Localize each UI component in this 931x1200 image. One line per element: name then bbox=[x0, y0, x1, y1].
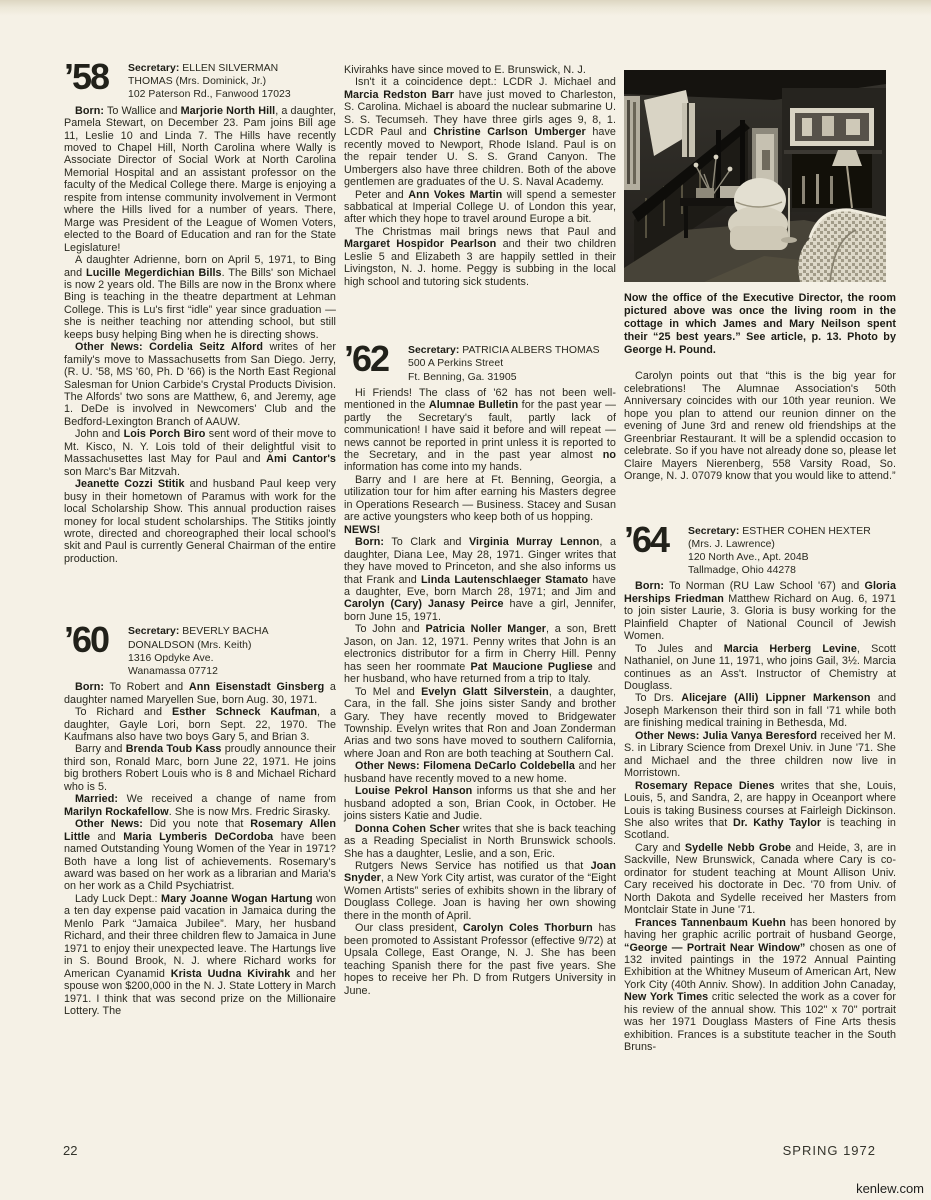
text: Isn't it a coincidence dept.: LCDR J. Mi… bbox=[355, 76, 616, 88]
text: Ft. Benning, Ga. 31905 bbox=[408, 372, 517, 383]
class-62-header: ’62 Secretary: PATRICIA ALBERS THOMAS500… bbox=[344, 342, 616, 384]
bold-text: no bbox=[603, 449, 616, 461]
bold-text: Donna Cohen Scher bbox=[355, 823, 460, 835]
text: John and bbox=[75, 428, 124, 440]
bold-text: Krista Uudna Kivirahk bbox=[171, 968, 291, 980]
paragraph: Married: We received a change of name fr… bbox=[64, 793, 336, 818]
bold-text: Secretary: bbox=[408, 345, 462, 356]
text: To Richard and bbox=[75, 706, 172, 718]
class-64-secretary-block: Secretary: ESTHER COHEN HEXTER(Mrs. J. L… bbox=[688, 523, 896, 578]
bold-text: Married: bbox=[75, 793, 118, 805]
text: To Drs. bbox=[635, 692, 681, 704]
text: and bbox=[90, 831, 123, 843]
paragraph: Carolyn points out that “this is the big… bbox=[624, 370, 896, 482]
paragraph: To Mel and Evelyn Glatt Silverstein, a d… bbox=[344, 686, 616, 761]
paragraph: Cary and Sydelle Nebb Grobe and Heide, 3… bbox=[624, 842, 896, 917]
paragraph: Born: To Norman (RU Law School '67) and … bbox=[624, 580, 896, 642]
text: son Marc's Bar Mitzvah. bbox=[64, 466, 180, 478]
class-62-secretary-block: Secretary: PATRICIA ALBERS THOMAS500 A P… bbox=[408, 342, 616, 384]
paragraph: Rutgers News Service has notified us tha… bbox=[344, 860, 616, 922]
bold-text: Sydelle Nebb Grobe bbox=[685, 842, 791, 854]
text: Barry and I are here at Ft. Benning, Geo… bbox=[344, 474, 616, 523]
text: DONALDSON (Mrs. Keith) bbox=[128, 640, 252, 651]
secretary-line: Ft. Benning, Ga. 31905 bbox=[408, 371, 616, 384]
paragraph: Barry and I are here at Ft. Benning, Geo… bbox=[344, 474, 616, 524]
paragraph: Other News: Did you note that Rosemary A… bbox=[64, 818, 336, 893]
text: ELLEN SILVERMAN bbox=[182, 63, 278, 74]
text: To Wallice and bbox=[104, 105, 181, 117]
paragraph: Other News: Filomena DeCarlo Coldebella … bbox=[344, 760, 616, 785]
secretary-line: Secretary: BEVERLY BACHA bbox=[128, 625, 336, 638]
secretary-line: Secretary: ESTHER COHEN HEXTER bbox=[688, 525, 896, 538]
paragraph: Kivirahks have since moved to E. Brunswi… bbox=[344, 64, 616, 76]
text: To Mel and bbox=[355, 686, 421, 698]
secretary-line: Secretary: PATRICIA ALBERS THOMAS bbox=[408, 344, 616, 357]
watermark: kenlew.com bbox=[856, 1181, 924, 1196]
text: and husband Paul keep very busy in their… bbox=[64, 478, 336, 565]
bold-text: Born: bbox=[75, 681, 104, 693]
living-room-photo-art bbox=[624, 70, 886, 282]
issue-label: SPRING 1972 bbox=[783, 1143, 876, 1158]
text: 102 Paterson Rd., Fanwood 17023 bbox=[128, 89, 291, 100]
bold-text: Frances Tannenbaum Kuehn bbox=[635, 917, 786, 929]
paragraph: John and Lois Porch Biro sent word of th… bbox=[64, 428, 336, 478]
bold-text: Marjorie North Hill bbox=[181, 105, 276, 117]
paragraph: Born: To Wallice and Marjorie North Hill… bbox=[64, 105, 336, 254]
paragraph: A daughter Adrienne, born on April 5, 19… bbox=[64, 254, 336, 341]
column-3: Now the office of the Executive Director… bbox=[624, 70, 896, 1054]
text: To Clark and bbox=[384, 536, 469, 548]
living-room-photo bbox=[624, 70, 886, 282]
text: Did you note that bbox=[143, 818, 250, 830]
text: . She is now Mrs. Fredric Sirasky. bbox=[169, 806, 331, 818]
secretary-line: (Mrs. J. Lawrence) bbox=[688, 538, 896, 551]
text: BEVERLY BACHA bbox=[182, 626, 268, 637]
photo-caption: Now the office of the Executive Director… bbox=[624, 292, 896, 357]
bold-text: Marcia Herberg Levine bbox=[724, 643, 857, 655]
paragraph: Peter and Ann Vokes Martin will spend a … bbox=[344, 189, 616, 226]
bold-text: Other News: Filomena DeCarlo Coldebella bbox=[355, 760, 575, 772]
class-60-header: ’60 Secretary: BEVERLY BACHADONALDSON (M… bbox=[64, 623, 336, 678]
paragraph: To Richard and Esther Schneck Kaufman, a… bbox=[64, 706, 336, 743]
class-60-paragraphs: Born: To Robert and Ann Eisenstadt Ginsb… bbox=[64, 681, 336, 1017]
class-58-paragraphs: Born: To Wallice and Marjorie North Hill… bbox=[64, 105, 336, 566]
text: ESTHER COHEN HEXTER bbox=[742, 526, 871, 537]
paragraph: Jeanette Cozzi Stitik and husband Paul k… bbox=[64, 478, 336, 565]
class-58-secretary-block: Secretary: ELLEN SILVERMANTHOMAS (Mrs. D… bbox=[128, 60, 336, 102]
bold-text: Other News: Cordelia Seitz Alford bbox=[75, 341, 263, 353]
paragraph: Lady Luck Dept.: Mary Joanne Wogan Hartu… bbox=[64, 893, 336, 1018]
secretary-line: Secretary: ELLEN SILVERMAN bbox=[128, 62, 336, 75]
text: To John and bbox=[355, 623, 426, 635]
class-62-paragraphs: Hi Friends! The class of '62 has not bee… bbox=[344, 387, 616, 997]
text: Tallmadge, Ohio 44278 bbox=[688, 565, 796, 576]
text: won a ten day expense paid vacation in J… bbox=[64, 893, 336, 980]
bold-text: Carolyn (Cary) Janasy Peirce bbox=[344, 598, 504, 610]
class-60-continuation-paragraphs: Kivirahks have since moved to E. Brunswi… bbox=[344, 64, 616, 288]
text: Lady Luck Dept.: bbox=[75, 893, 161, 905]
text: , a daughter, Pamela Stewart, on Decembe… bbox=[64, 105, 336, 254]
text: (Mrs. J. Lawrence) bbox=[688, 539, 775, 550]
paragraph: Our class president, Carolyn Coles Thorb… bbox=[344, 922, 616, 997]
page-number: 22 bbox=[63, 1143, 77, 1158]
bold-text: Ann Vokes Martin bbox=[408, 189, 502, 201]
bold-text: Patricia Noller Manger bbox=[426, 623, 547, 635]
text: To Norman (RU Law School '67) and bbox=[664, 580, 864, 592]
paragraph: Born: To Clark and Virginia Murray Lenno… bbox=[344, 536, 616, 623]
bold-text: Now the office of the Executive Director… bbox=[624, 292, 896, 356]
bold-text: Alicejare (Alli) Lippner Markenson bbox=[681, 692, 870, 704]
text: To Jules and bbox=[635, 643, 724, 655]
bold-text: Marcia Redston Barr bbox=[344, 89, 454, 101]
bold-text: “George — Portrait Near Window” bbox=[624, 942, 805, 954]
text: The Christmas mail brings news that Paul… bbox=[355, 226, 616, 238]
bold-text: Other News: Julia Vanya Beresford bbox=[635, 730, 817, 742]
class-60-section: ’60 Secretary: BEVERLY BACHADONALDSON (M… bbox=[64, 623, 336, 1017]
secretary-line: THOMAS (Mrs. Dominick, Jr.) bbox=[128, 75, 336, 88]
bold-text: Alumnae Bulletin bbox=[429, 399, 518, 411]
bold-text: Rosemary Repace Dienes bbox=[635, 780, 775, 792]
text: Wanamassa 07712 bbox=[128, 666, 218, 677]
text: To Robert and bbox=[104, 681, 189, 693]
bold-text: Mary Joanne Wogan Hartung bbox=[161, 893, 313, 905]
text: 500 A Perkins Street bbox=[408, 358, 503, 369]
bold-text: Maria Lymberis DeCordoba bbox=[123, 831, 273, 843]
bold-text: Louise Pekrol Hanson bbox=[355, 785, 472, 797]
text: Peter and bbox=[355, 189, 408, 201]
bold-text: Other News: bbox=[75, 818, 143, 830]
text: Cary and bbox=[635, 842, 685, 854]
bold-text: Virginia Murray Lennon bbox=[469, 536, 599, 548]
paragraph: Barry and Brenda Toub Kass proudly annou… bbox=[64, 743, 336, 793]
bold-text: Pat Maucione Pugliese bbox=[470, 661, 592, 673]
text: Carolyn points out that “this is the big… bbox=[624, 370, 896, 482]
text: 1316 Opdyke Ave. bbox=[128, 653, 214, 664]
bold-text: New York Times bbox=[624, 991, 708, 1003]
bold-text: Jeanette Cozzi Stitik bbox=[75, 478, 185, 490]
column-2: Kivirahks have since moved to E. Brunswi… bbox=[344, 64, 616, 997]
paragraph: To Drs. Alicejare (Alli) Lippner Markens… bbox=[624, 692, 896, 729]
bold-text: Secretary: bbox=[128, 63, 182, 74]
paragraph: Frances Tannenbaum Kuehn has been honore… bbox=[624, 917, 896, 1054]
bold-text: Born: bbox=[75, 105, 104, 117]
bold-text: Lois Porch Biro bbox=[124, 428, 206, 440]
bold-text: Ann Eisenstadt Ginsberg bbox=[189, 681, 324, 693]
class-62-section: ’62 Secretary: PATRICIA ALBERS THOMAS500… bbox=[344, 342, 616, 997]
bold-text: Born: bbox=[355, 536, 384, 548]
bold-text: Evelyn Glatt Silverstein bbox=[421, 686, 549, 698]
class-64-year-label: ’64 bbox=[624, 523, 688, 578]
text: Rutgers News Service has notified us tha… bbox=[355, 860, 591, 872]
bold-text: Marilyn Rockafellow bbox=[64, 806, 169, 818]
bold-text: Dr. Kathy Taylor bbox=[733, 817, 821, 829]
text: THOMAS (Mrs. Dominick, Jr.) bbox=[128, 76, 266, 87]
class-60-year-label: ’60 bbox=[64, 623, 128, 678]
paragraph: Rosemary Repace Dienes writes that she, … bbox=[624, 780, 896, 842]
bold-text: Margaret Hospidor Pearlson bbox=[344, 238, 496, 250]
class-58-year-label: ’58 bbox=[64, 60, 128, 102]
class-58-section: ’58 Secretary: ELLEN SILVERMANTHOMAS (Mr… bbox=[64, 60, 336, 565]
bold-text: Born: bbox=[635, 580, 664, 592]
bold-text: Linda Lautenschlaeger Stamato bbox=[421, 574, 588, 586]
text: information has come into my hands. bbox=[344, 461, 522, 473]
bold-text: Ami Cantor's bbox=[266, 453, 336, 465]
text: PATRICIA ALBERS THOMAS bbox=[462, 345, 599, 356]
class-60-secretary-block: Secretary: BEVERLY BACHADONALDSON (Mrs. … bbox=[128, 623, 336, 678]
paragraph: Born: To Robert and Ann Eisenstadt Ginsb… bbox=[64, 681, 336, 706]
secretary-line: Tallmadge, Ohio 44278 bbox=[688, 564, 896, 577]
paragraph: To John and Patricia Noller Manger, a so… bbox=[344, 623, 616, 685]
paragraph: To Jules and Marcia Herberg Levine, Scot… bbox=[624, 643, 896, 693]
text: Our class president, bbox=[355, 922, 463, 934]
paragraph: Isn't it a coincidence dept.: LCDR J. Mi… bbox=[344, 76, 616, 188]
secretary-line: 120 North Ave., Apt. 204B bbox=[688, 551, 896, 564]
bold-text: Secretary: bbox=[688, 526, 742, 537]
bold-text: NEWS! bbox=[344, 524, 380, 536]
bold-text: Lucille Megerdichian Bills bbox=[86, 267, 222, 279]
paragraph: Louise Pekrol Hanson informs us that she… bbox=[344, 785, 616, 822]
text: , a New York City artist, was curator of… bbox=[344, 872, 616, 921]
paragraph: Hi Friends! The class of '62 has not bee… bbox=[344, 387, 616, 474]
text: Barry and bbox=[75, 743, 126, 755]
text: Kivirahks have since moved to E. Brunswi… bbox=[344, 64, 586, 76]
secretary-line: 500 A Perkins Street bbox=[408, 357, 616, 370]
secretary-line: Wanamassa 07712 bbox=[128, 665, 336, 678]
class-64-section: ’64 Secretary: ESTHER COHEN HEXTER(Mrs. … bbox=[624, 523, 896, 1054]
text: 120 North Ave., Apt. 204B bbox=[688, 552, 809, 563]
secretary-line: 1316 Opdyke Ave. bbox=[128, 652, 336, 665]
paragraph: Donna Cohen Scher writes that she is bac… bbox=[344, 823, 616, 860]
text: writes of her family's move to Massachus… bbox=[64, 341, 336, 428]
bold-text: Carolyn Coles Thorburn bbox=[463, 922, 593, 934]
paragraph: Other News: Julia Vanya Beresford receiv… bbox=[624, 730, 896, 780]
text: We received a change of name from bbox=[118, 793, 336, 805]
bold-text: Christine Carlson Umberger bbox=[433, 126, 585, 138]
class-62-year-label: ’62 bbox=[344, 342, 408, 384]
bold-text: Esther Schneck Kaufman bbox=[172, 706, 317, 718]
magazine-page: ’58 Secretary: ELLEN SILVERMANTHOMAS (Mr… bbox=[0, 0, 931, 1200]
paragraph: Other News: Cordelia Seitz Alford writes… bbox=[64, 341, 336, 428]
bold-text: Brenda Toub Kass bbox=[126, 743, 222, 755]
secretary-line: DONALDSON (Mrs. Keith) bbox=[128, 639, 336, 652]
bold-text: Secretary: bbox=[128, 626, 182, 637]
class-58-header: ’58 Secretary: ELLEN SILVERMANTHOMAS (Mr… bbox=[64, 60, 336, 102]
column-1: ’58 Secretary: ELLEN SILVERMANTHOMAS (Mr… bbox=[64, 60, 336, 1017]
paragraph: The Christmas mail brings news that Paul… bbox=[344, 226, 616, 288]
secretary-line: 102 Paterson Rd., Fanwood 17023 bbox=[128, 88, 336, 101]
class-64-paragraphs: Born: To Norman (RU Law School '67) and … bbox=[624, 580, 896, 1053]
class-64-header: ’64 Secretary: ESTHER COHEN HEXTER(Mrs. … bbox=[624, 523, 896, 578]
class-62-continuation-paragraphs: Carolyn points out that “this is the big… bbox=[624, 370, 896, 482]
paragraph: NEWS! bbox=[344, 524, 616, 536]
